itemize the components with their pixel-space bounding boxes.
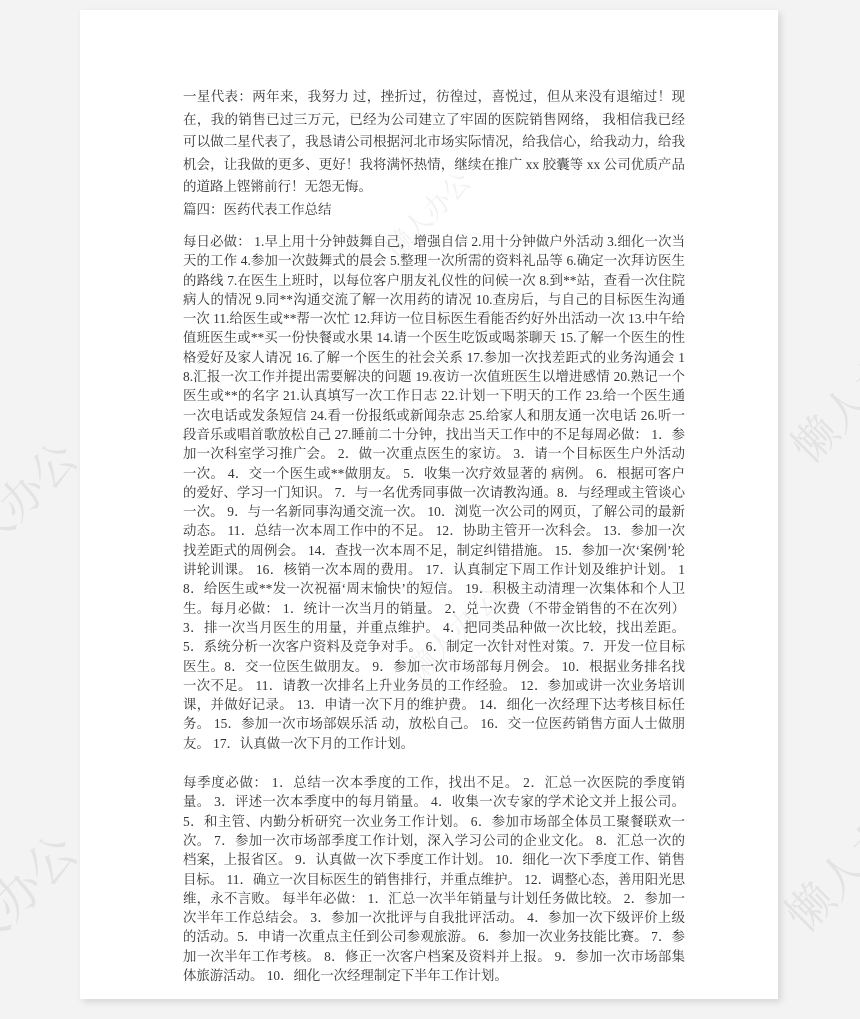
watermark: 懒人办公 bbox=[0, 425, 89, 595]
paragraph-intro: 一星代表：两年来，我努力 过，挫折过，彷徨过，喜悦过，但从来没有退缩过！现在，我… bbox=[183, 86, 685, 199]
document-page: 一星代表：两年来，我努力 过，挫折过，彷徨过，喜悦过，但从来没有退缩过！现在，我… bbox=[80, 10, 778, 999]
watermark: 懒人办公 bbox=[774, 305, 860, 475]
document-content: 一星代表：两年来，我努力 过，挫折过，彷徨过，喜悦过，但从来没有退缩过！现在，我… bbox=[183, 86, 685, 985]
paragraph-daily-weekly-monthly-tasks: 每日必做： 1.早上用十分钟鼓舞自己，增强自信 2.用十分钟做户外活动 3.细化… bbox=[183, 232, 685, 753]
paragraph-quarterly-halfyear-tasks: 每季度必做： 1．总结一次本季度的工作，找出不足。 2．汇总一次医院的季度销量。… bbox=[183, 773, 685, 985]
watermark: 懒人办公 bbox=[0, 816, 90, 1001]
paragraph-section-heading: 篇四：医药代表工作总结 bbox=[183, 199, 685, 222]
watermark: 懒人办公 bbox=[769, 768, 860, 945]
document-viewer: 一星代表：两年来，我努力 过，挫折过，彷徨过，喜悦过，但从来没有退缩过！现在，我… bbox=[0, 0, 860, 1019]
